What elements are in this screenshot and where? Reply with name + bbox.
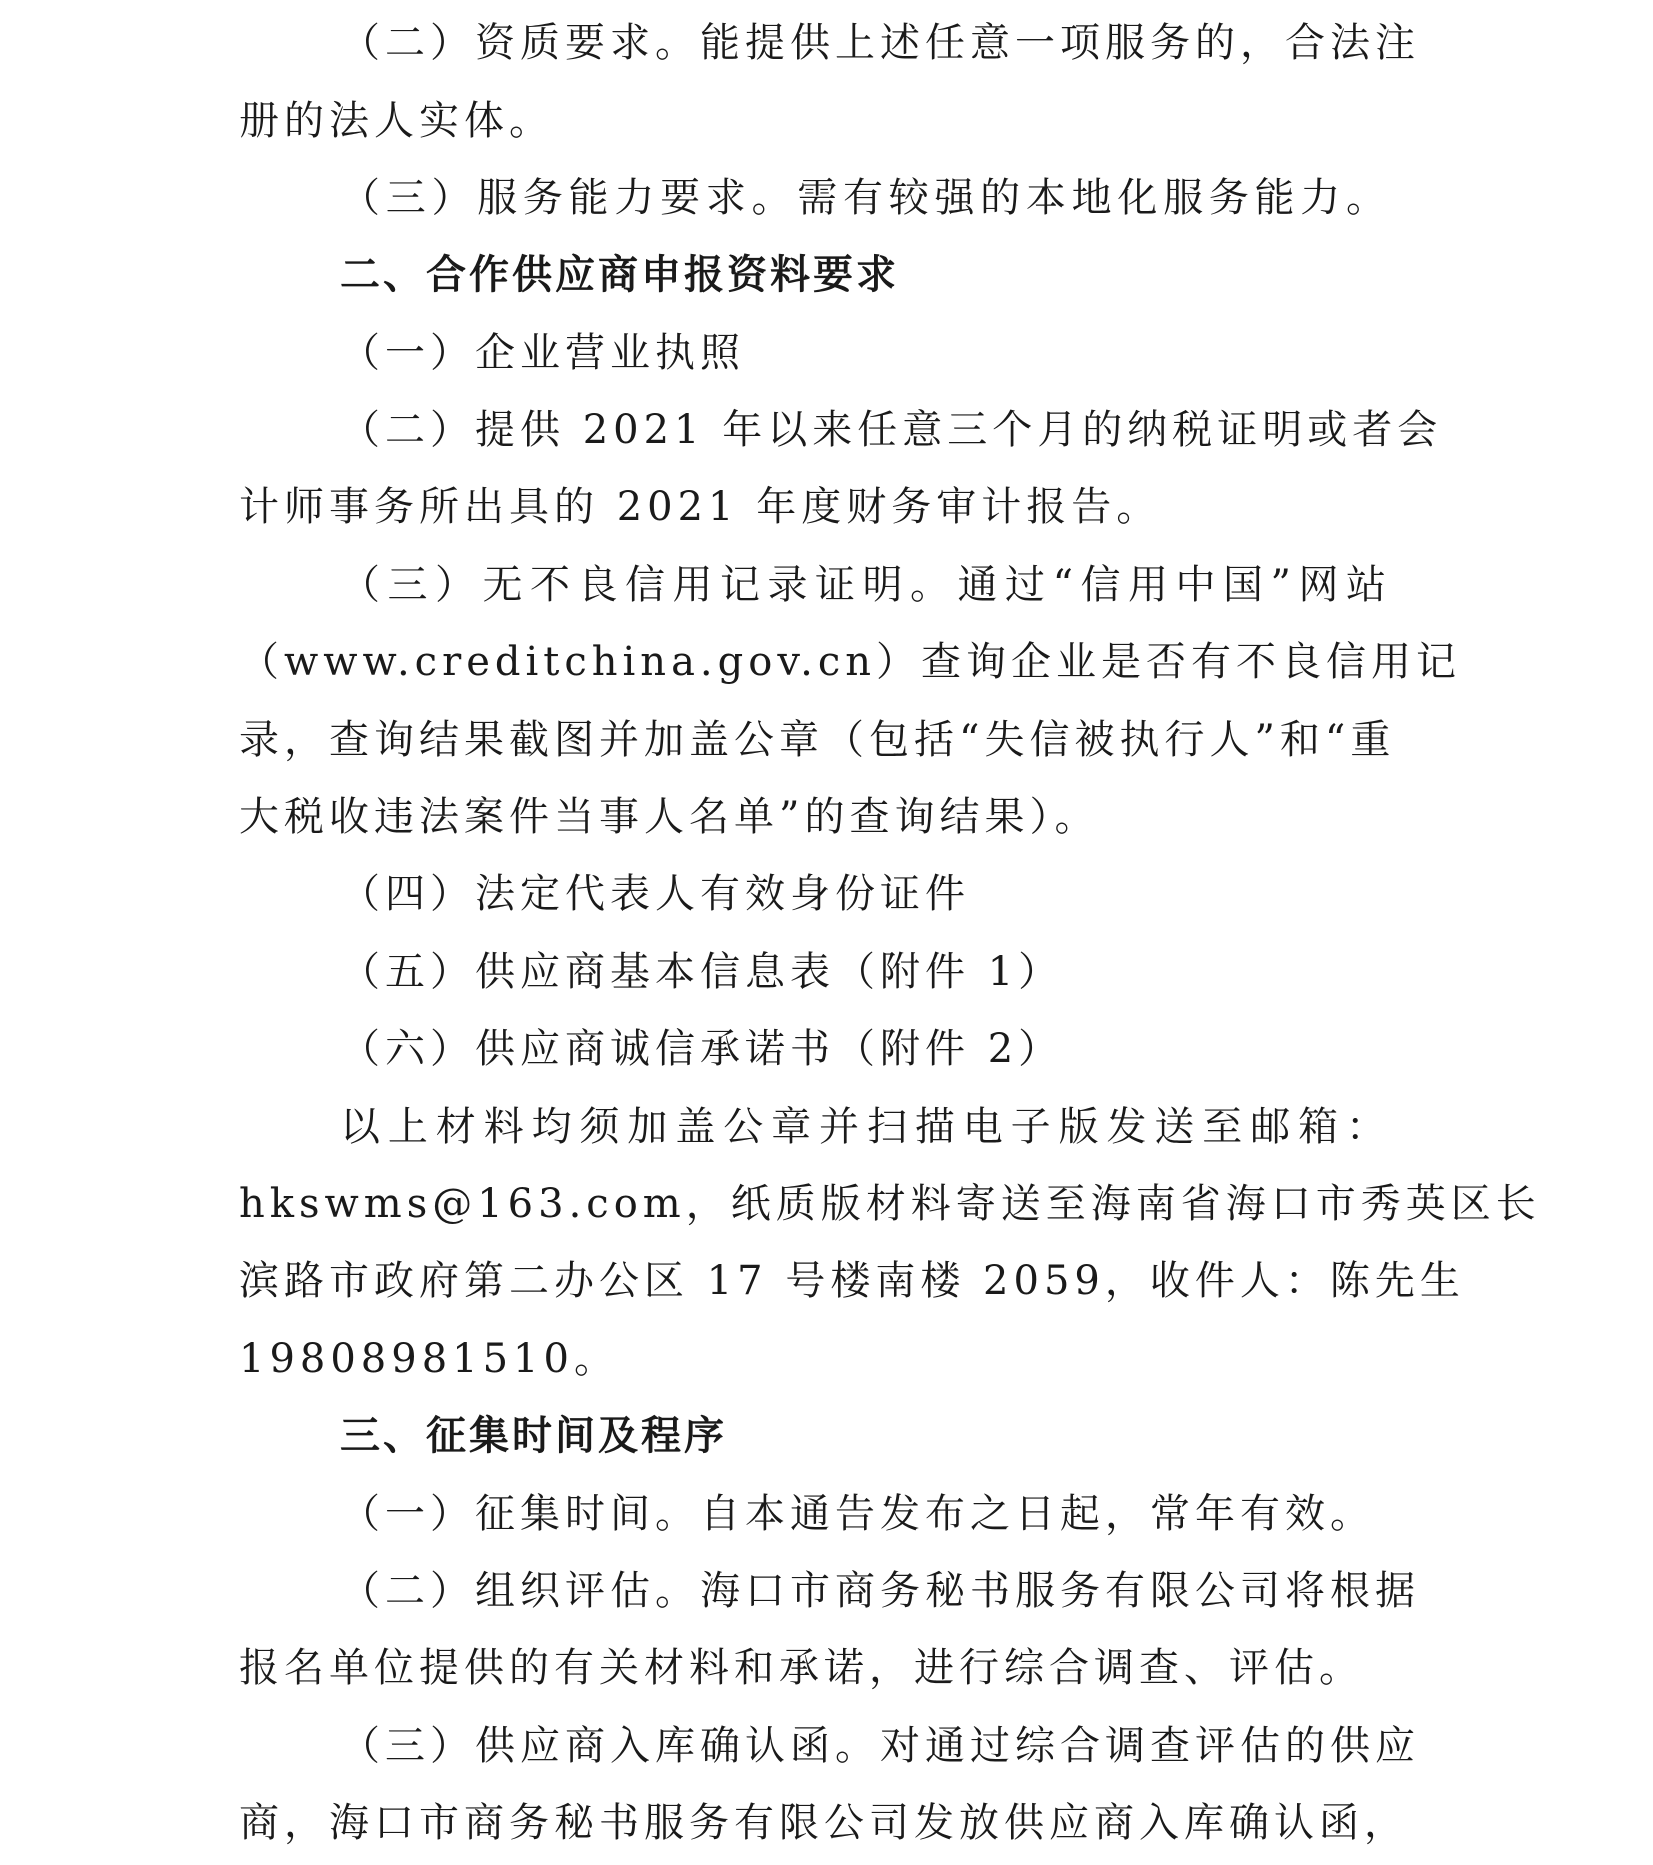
text-line: （一）征集时间。自本通告发布之日起，常年有效。 xyxy=(340,1488,1391,1540)
text-line: 19808981510。 xyxy=(239,1333,1391,1385)
text-line: （五）供应商基本信息表（附件 1） xyxy=(340,946,1391,998)
text-line: 商，海口市商务秘书服务有限公司发放供应商入库确认函， xyxy=(239,1797,1391,1849)
section-heading: 三、征集时间及程序 xyxy=(340,1410,1391,1462)
text-line: hkswms@163.com，纸质版材料寄送至海南省海口市秀英区长 xyxy=(239,1178,1391,1230)
text-line: （三）服务能力要求。需有较强的本地化服务能力。 xyxy=(340,172,1391,224)
text-line: （二）组织评估。海口市商务秘书服务有限公司将根据 xyxy=(340,1565,1391,1617)
text-line: （一）企业营业执照 xyxy=(340,327,1391,379)
text-line: （六）供应商诚信承诺书（附件 2） xyxy=(340,1023,1391,1075)
text-line: （四）法定代表人有效身份证件 xyxy=(340,868,1391,920)
text-line: 报名单位提供的有关材料和承诺，进行综合调查、评估。 xyxy=(239,1642,1391,1694)
document-page: （二）资质要求。能提供上述任意一项服务的，合法注册的法人实体。（三）服务能力要求… xyxy=(0,0,1653,1865)
text-line: （www.creditchina.gov.cn）查询企业是否有不良信用记 xyxy=(239,636,1391,688)
text-line: 录，查询结果截图并加盖公章（包括“失信被执行人”和“重 xyxy=(239,714,1391,766)
text-line: 大税收违法案件当事人名单”的查询结果）。 xyxy=(239,791,1391,843)
text-line: 以上材料均须加盖公章并扫描电子版发送至邮箱： xyxy=(340,1101,1391,1153)
text-line: （二）资质要求。能提供上述任意一项服务的，合法注 xyxy=(340,17,1391,69)
section-heading: 二、合作供应商申报资料要求 xyxy=(340,249,1391,301)
text-line: （三）供应商入库确认函。对通过综合调查评估的供应 xyxy=(340,1720,1391,1772)
text-line: （三）无不良信用记录证明。通过“信用中国”网站 xyxy=(340,559,1391,611)
text-line: 计师事务所出具的 2021 年度财务审计报告。 xyxy=(239,481,1391,533)
text-line: 册的法人实体。 xyxy=(239,95,1391,147)
text-line: 滨路市政府第二办公区 17 号楼南楼 2059，收件人：陈先生 xyxy=(239,1255,1391,1307)
text-line: （二）提供 2021 年以来任意三个月的纳税证明或者会 xyxy=(340,404,1391,456)
